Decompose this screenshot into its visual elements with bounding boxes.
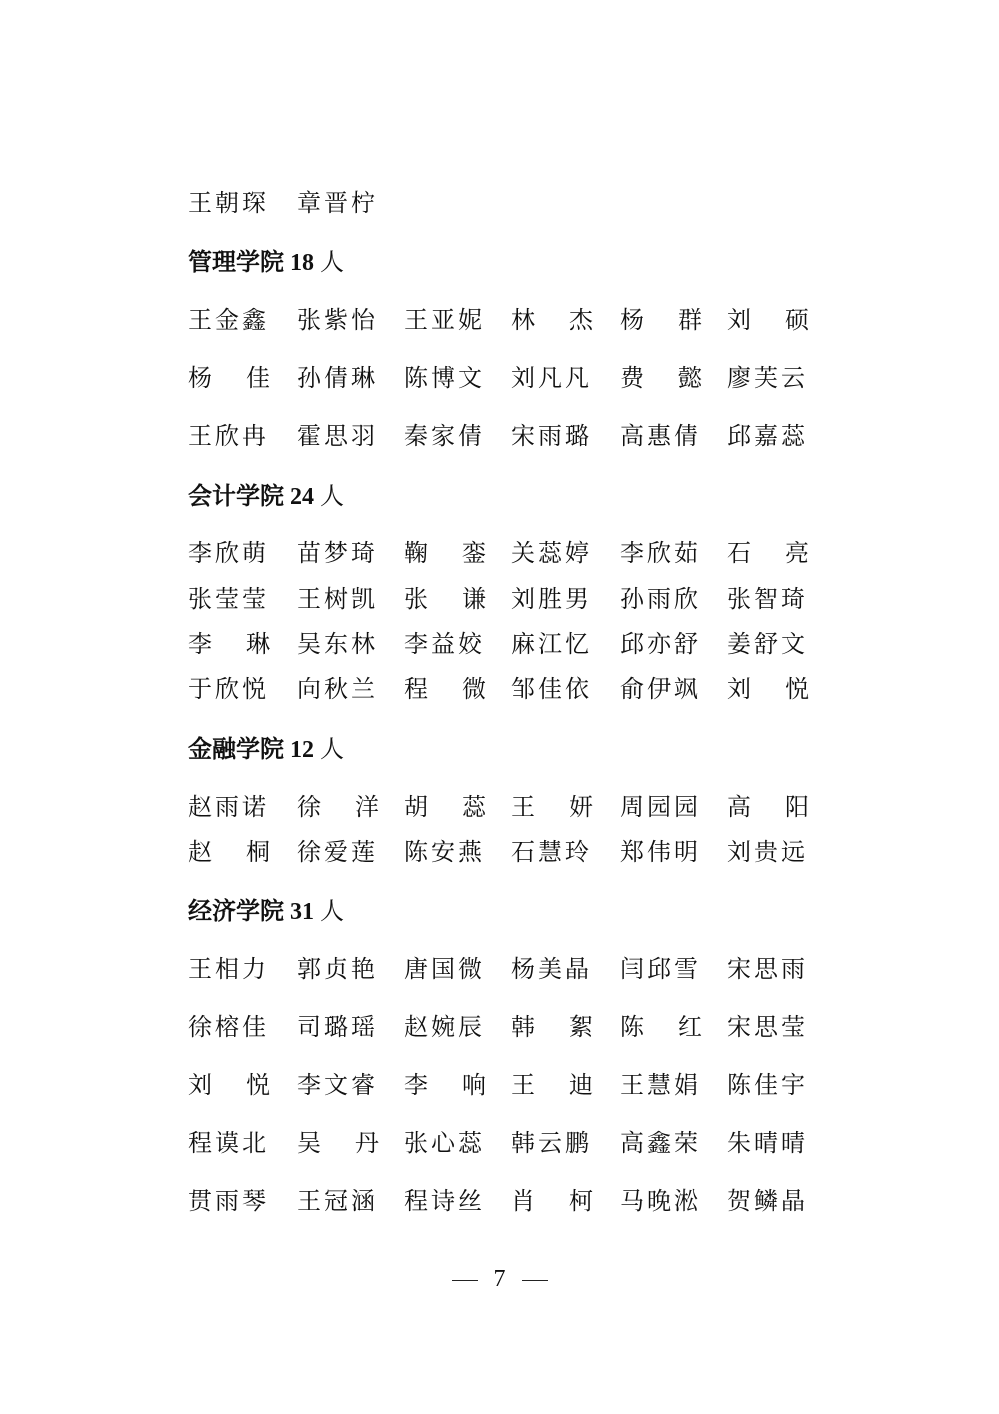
student-name: 韩云鹏 [511,1128,593,1158]
name-row: 刘悦李文睿李响王迪王慧娟陈佳宇 [188,1070,828,1104]
student-name: 胡蕊 [404,792,486,822]
student-name: 张莹莹 [188,584,270,614]
name-row: 王欣冉霍思羽秦家倩宋雨璐高惠倩邱嘉蕊 [188,421,828,455]
student-name: 王树凯 [297,584,379,614]
student-name: 于欣悦 [188,674,270,704]
college-count: 24 [290,484,314,510]
student-name: 宋雨璐 [511,421,593,451]
student-name: 赵婉辰 [404,1012,486,1042]
dash-left [452,1280,478,1281]
student-name: 徐爱莲 [297,837,379,867]
student-name: 王亚妮 [404,305,486,335]
student-name: 王相力 [188,954,270,984]
student-name: 费懿 [620,363,702,393]
student-name: 徐洋 [297,792,379,822]
student-name: 肖柯 [511,1186,593,1216]
student-name: 李琳 [188,629,270,659]
count-unit: 人 [320,482,344,510]
student-name: 杨群 [620,305,702,335]
student-name: 姜舒文 [727,629,809,659]
student-name: 张紫怡 [297,305,379,335]
name-row: 李琳吴东林李益姣麻江忆邱亦舒姜舒文 [188,629,828,663]
student-name: 王欣冉 [188,421,270,451]
student-name: 刘硕 [727,305,809,335]
count-unit: 人 [320,735,344,763]
student-name: 张智琦 [727,584,809,614]
student-name: 高阳 [727,792,809,822]
student-name: 俞伊飒 [620,674,702,704]
student-name: 苗梦琦 [297,538,379,568]
name-row: 李欣萌苗梦琦鞠銮关蕊婷李欣茹石亮 [188,538,828,572]
student-name: 吴东林 [297,629,379,659]
student-name: 李欣萌 [188,538,270,568]
student-name: 高鑫荣 [620,1128,702,1158]
student-name: 王迪 [511,1070,593,1100]
student-name: 石亮 [727,538,809,568]
student-name: 唐国微 [404,954,486,984]
name-row: 张莹莹王树凯张谦刘胜男孙雨欣张智琦 [188,584,828,618]
student-name: 高惠倩 [620,421,702,451]
student-name: 赵桐 [188,837,270,867]
student-name: 林杰 [511,305,593,335]
student-name: 李益姣 [404,629,486,659]
student-name: 孙倩琳 [297,363,379,393]
student-name: 王冠涵 [297,1186,379,1216]
student-name: 马晚淞 [620,1186,702,1216]
student-name: 陈博文 [404,363,486,393]
student-name: 廖芙云 [727,363,809,393]
student-name: 刘凡凡 [511,363,593,393]
student-name: 杨美晶 [511,954,593,984]
name-row: 徐榕佳司璐瑶赵婉辰韩絮陈红宋思莹 [188,1012,828,1046]
name-row: 王朝琛章晋柠 [188,188,828,222]
student-name: 刘悦 [727,674,809,704]
student-name: 赵雨诺 [188,792,270,822]
student-name: 郑伟明 [620,837,702,867]
student-name: 程诗丝 [404,1186,486,1216]
student-name: 鞠銮 [404,538,486,568]
student-name: 麻江忆 [511,629,593,659]
page-number: 7 [494,1266,506,1292]
student-name: 王妍 [511,792,593,822]
student-name: 王金鑫 [188,305,270,335]
name-row: 于欣悦向秋兰程微邹佳依俞伊飒刘悦 [188,674,828,708]
student-name: 石慧玲 [511,837,593,867]
student-name: 邱亦舒 [620,629,702,659]
student-name: 程微 [404,674,486,704]
college-name: 会计学院 [188,482,284,510]
student-name: 章晋柠 [297,188,379,218]
student-name: 邹佳依 [511,674,593,704]
student-name: 韩絮 [511,1012,593,1042]
count-unit: 人 [320,897,344,925]
name-row: 赵雨诺徐洋胡蕊王妍周园园高阳 [188,792,828,826]
student-name: 贺鳞晶 [727,1186,809,1216]
name-row: 贯雨琴王冠涵程诗丝肖柯马晚淞贺鳞晶 [188,1186,828,1220]
student-name: 王慧娟 [620,1070,702,1100]
student-name: 张谦 [404,584,486,614]
college-heading: 管理学院18人 [188,247,344,278]
student-name: 张心蕊 [404,1128,486,1158]
student-name: 徐榕佳 [188,1012,270,1042]
college-name: 经济学院 [188,897,284,925]
student-name: 邱嘉蕊 [727,421,809,451]
student-name: 闫邱雪 [620,954,702,984]
student-name: 宋思雨 [727,954,809,984]
student-name: 吴丹 [297,1128,379,1158]
student-name: 司璐瑶 [297,1012,379,1042]
student-name: 刘胜男 [511,584,593,614]
student-name: 陈红 [620,1012,702,1042]
student-name: 刘贵远 [727,837,809,867]
student-name: 贯雨琴 [188,1186,270,1216]
count-unit: 人 [320,248,344,276]
name-row: 王相力郭贞艳唐国微杨美晶闫邱雪宋思雨 [188,954,828,988]
student-name: 秦家倩 [404,421,486,451]
college-heading: 会计学院24人 [188,481,344,512]
student-name: 刘悦 [188,1070,270,1100]
college-count: 18 [290,250,314,276]
name-row: 杨佳孙倩琳陈博文刘凡凡费懿廖芙云 [188,363,828,397]
student-name: 孙雨欣 [620,584,702,614]
student-name: 关蕊婷 [511,538,593,568]
dash-right [522,1280,548,1281]
student-name: 向秋兰 [297,674,379,704]
student-name: 李文睿 [297,1070,379,1100]
page-footer: 7 [0,1266,999,1293]
student-name: 郭贞艳 [297,954,379,984]
college-name: 管理学院 [188,248,284,276]
student-name: 王朝琛 [188,188,270,218]
college-heading: 经济学院31人 [188,896,344,927]
student-name: 陈佳宇 [727,1070,809,1100]
name-row: 程谟北吴丹张心蕊韩云鹏高鑫荣朱晴晴 [188,1128,828,1162]
college-count: 31 [290,899,314,925]
student-name: 霍思羽 [297,421,379,451]
student-name: 朱晴晴 [727,1128,809,1158]
college-name: 金融学院 [188,735,284,763]
student-name: 宋思莹 [727,1012,809,1042]
name-row: 王金鑫张紫怡王亚妮林杰杨群刘硕 [188,305,828,339]
name-row: 赵桐徐爱莲陈安燕石慧玲郑伟明刘贵远 [188,837,828,871]
college-count: 12 [290,737,314,763]
student-name: 杨佳 [188,363,270,393]
student-name: 程谟北 [188,1128,270,1158]
college-heading: 金融学院12人 [188,734,344,765]
student-name: 陈安燕 [404,837,486,867]
student-name: 李欣茹 [620,538,702,568]
student-name: 李响 [404,1070,486,1100]
student-name: 周园园 [620,792,702,822]
